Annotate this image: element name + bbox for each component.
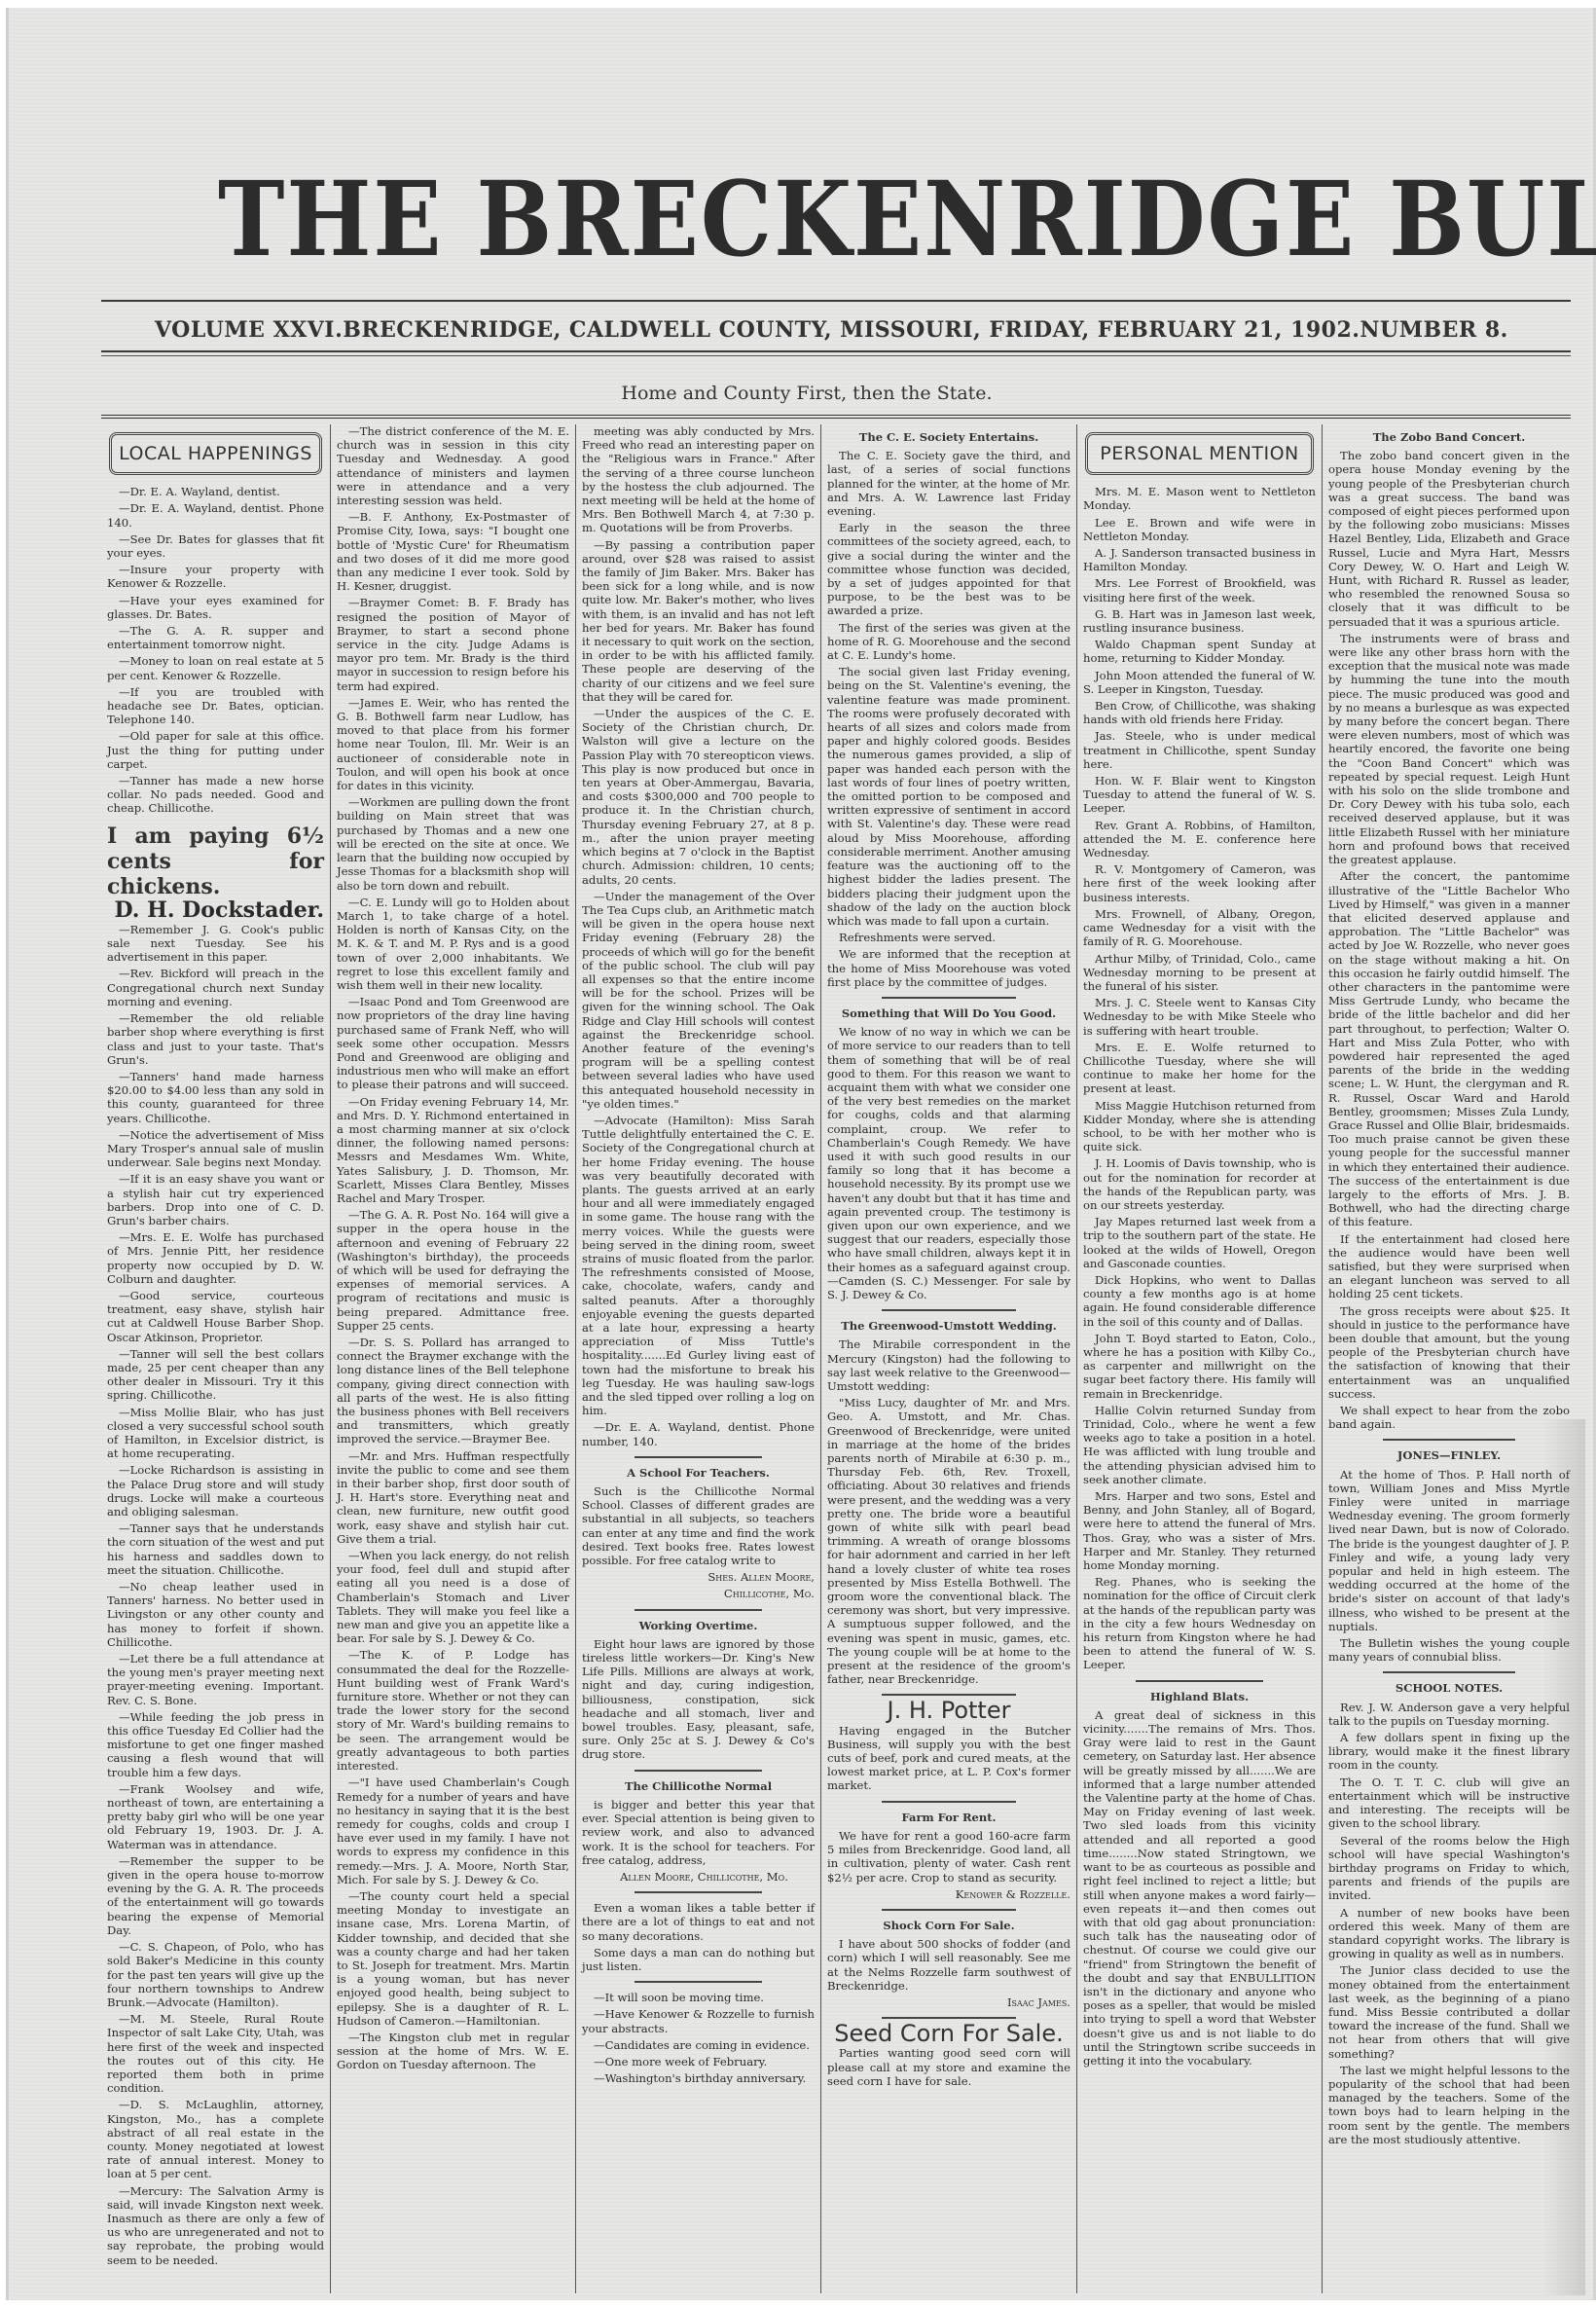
masthead-title: THE BRECKENRIDGE BULLETIN. xyxy=(218,159,1415,279)
place-date: BRECKENRIDGE, CALDWELL COUNTY, MISSOURI,… xyxy=(343,317,1360,343)
potter-ad-body: Having engaged in the Butcher Business, … xyxy=(827,1724,1070,1793)
divider xyxy=(635,1891,762,1893)
section-heading: The Greenwood-Umstott Wedding. xyxy=(827,1319,1070,1333)
news-item: —Dr. S. S. Pollard has arranged to conne… xyxy=(337,1336,569,1446)
jones-heading: JONES—FINLEY. xyxy=(1328,1448,1570,1462)
columns-grid: LOCAL HAPPENINGS —Dr. E. A. Wayland, den… xyxy=(101,424,1576,2293)
article-paragraph: The gross receipts were about $25. It sh… xyxy=(1328,1304,1570,1401)
divider xyxy=(1383,1439,1515,1441)
personal-item: R. V. Montgomery of Cameron, was here fi… xyxy=(1083,862,1316,904)
news-item: —When you lack energy, do not relish you… xyxy=(337,1549,569,1645)
article-paragraph: After the concert, the pantomime illustr… xyxy=(1328,869,1570,1228)
news-item: —Have Kenower & Rozzelle to furnish your… xyxy=(582,2007,815,2034)
article-paragraph: The social given last Friday evening, be… xyxy=(827,665,1070,928)
local-item: —M. M. Steele, Rural Route Inspector of … xyxy=(107,2012,324,2095)
personal-item: Mrs. E. E. Wolfe returned to Chillicothe… xyxy=(1083,1041,1316,1096)
overtime-ad-heading: Working Overtime. xyxy=(582,1619,815,1632)
seed-ad-heading: Seed Corn For Sale. xyxy=(827,2027,1070,2040)
news-item: —Braymer Comet: B. F. Brady has resigned… xyxy=(337,596,569,692)
local-happenings-heading: LOCAL HAPPENINGS xyxy=(109,432,322,475)
news-item: —Under the auspices of the C. E. Society… xyxy=(582,707,815,887)
local-item: —Remember the supper to be given in the … xyxy=(107,1854,324,1937)
news-item: —B. F. Anthony, Ex-Postmaster of Promise… xyxy=(337,510,569,593)
divider xyxy=(882,2017,1016,2019)
highland-body: A great deal of sickness in this vicinit… xyxy=(1083,1708,1316,2068)
zobo-heading: The Zobo Band Concert. xyxy=(1328,430,1570,444)
local-item: —Tanner says that he understands the cor… xyxy=(107,1521,324,1577)
article-paragraph: The Mirabile correspondent in the Mercur… xyxy=(827,1337,1070,1393)
column-3: meeting was ably conducted by Mrs. Freed… xyxy=(576,424,821,2293)
personal-item: Jas. Steele, who is under medical treatm… xyxy=(1083,729,1316,771)
local-item: —Tanners' hand made harness $20.00 to $4… xyxy=(107,1070,324,1125)
column-5: PERSONAL MENTION Mrs. M. E. Mason went t… xyxy=(1077,424,1323,2293)
page-stain xyxy=(1542,1419,1585,2295)
local-item: —Remember the old reliable barber shop w… xyxy=(107,1011,324,1067)
column-4: The C. E. Society Entertains.The C. E. S… xyxy=(821,424,1077,2293)
column-3-items: meeting was ably conducted by Mrs. Freed… xyxy=(582,424,815,1448)
news-item: —The county court held a special meeting… xyxy=(337,1889,569,2028)
column-2: —The district conference of the M. E. ch… xyxy=(331,424,576,2293)
local-item: —Notice the advertisement of Miss Mary T… xyxy=(107,1128,324,1170)
article-paragraph: The first of the series was given at the… xyxy=(827,621,1070,663)
news-item: —It will soon be moving time. xyxy=(582,1991,815,2004)
article-paragraph: The Bulletin wishes the young couple man… xyxy=(1328,1636,1570,1664)
filler-2: Some days a man can do nothing but just … xyxy=(582,1946,815,1973)
article-paragraph: Several of the rooms below the High scho… xyxy=(1328,1834,1570,1903)
news-item: —Washington's birthday anniversary. xyxy=(582,2071,815,2085)
potter-ad-name: J. H. Potter xyxy=(827,1703,1070,1717)
personal-items: Mrs. M. E. Mason went to Nettleton Monda… xyxy=(1083,485,1316,1671)
personal-item: Reg. Phanes, who is seeking the nominati… xyxy=(1083,1575,1316,1671)
personal-item: Dick Hopkins, who went to Dallas county … xyxy=(1083,1273,1316,1329)
article-paragraph: The zobo band concert given in the opera… xyxy=(1328,449,1570,629)
local-item: —Mercury: The Salvation Army is said, wi… xyxy=(107,2184,324,2267)
shock-ad-sig: Isaac James. xyxy=(827,1995,1070,2009)
farm-ad-body: We have for rent a good 160-acre farm 5 … xyxy=(827,1829,1070,1885)
news-item: —C. E. Lundy will go to Holden about Mar… xyxy=(337,896,569,992)
local-item: —Tanner has made a new horse collar. No … xyxy=(107,774,324,816)
divider xyxy=(882,997,1016,999)
zobo-article: The zobo band concert given in the opera… xyxy=(1328,449,1570,1431)
article-paragraph: The Junior class decided to use the mone… xyxy=(1328,1963,1570,2060)
divider xyxy=(882,1909,1016,1911)
normal-ad-sig: Allen Moore, Chillicothe, Mo. xyxy=(582,1870,815,1884)
personal-item: Mrs. Harper and two sons, Estel and Benn… xyxy=(1083,1489,1316,1572)
chicken-ad-signature: D. H. Dockstader. xyxy=(107,903,324,917)
personal-item: Ben Crow, of Chillicothe, was shaking ha… xyxy=(1083,699,1316,726)
personal-item: Arthur Milby, of Trinidad, Colo., came W… xyxy=(1083,952,1316,994)
personal-item: Lee E. Brown and wife were in Nettleton … xyxy=(1083,516,1316,543)
article-paragraph: "Miss Lucy, daughter of Mr. and Mrs. Geo… xyxy=(827,1396,1070,1686)
school-ad-body: Such is the Chillicothe Normal School. C… xyxy=(582,1484,815,1567)
overtime-ad-body: Eight hour laws are ignored by those tir… xyxy=(582,1637,815,1762)
news-item: —Under the management of the Over The Te… xyxy=(582,890,815,1111)
normal-ad-heading: The Chillicothe Normal xyxy=(582,1779,815,1793)
personal-item: Mrs. Frownell, of Albany, Oregon, came W… xyxy=(1083,907,1316,949)
section-heading: The C. E. Society Entertains. xyxy=(827,430,1070,444)
filler-1: Even a woman likes a table better if the… xyxy=(582,1901,815,1943)
article-paragraph: The C. E. Society gave the third, and la… xyxy=(827,449,1070,518)
school-ad-heading: A School For Teachers. xyxy=(582,1466,815,1480)
news-item: —The G. A. R. Post No. 164 will give a s… xyxy=(337,1208,569,1333)
divider xyxy=(635,1981,762,1983)
news-item: —Candidates are coming in evidence. xyxy=(582,2038,815,2052)
personal-item: Mrs. M. E. Mason went to Nettleton Monda… xyxy=(1083,485,1316,512)
volume-label: VOLUME XXVI. xyxy=(155,317,343,343)
local-item: —Let there be a full attendance at the y… xyxy=(107,1652,324,1707)
personal-mention-heading: PERSONAL MENTION xyxy=(1085,432,1314,475)
farm-ad-sig: Kenower & Rozzelle. xyxy=(827,1887,1070,1901)
school-ad-sig2: Chillicothe, Mo. xyxy=(582,1587,815,1600)
local-item: —Rev. Bickford will preach in the Congre… xyxy=(107,967,324,1008)
dateline-rule xyxy=(101,350,1571,352)
divider xyxy=(1136,1680,1263,1682)
jones-article: At the home of Thos. P. Hall north of to… xyxy=(1328,1468,1570,1665)
news-item: —Mr. and Mrs. Huffman respectfully invit… xyxy=(337,1449,569,1546)
personal-item: Waldo Chapman spent Sunday at home, retu… xyxy=(1083,638,1316,665)
section-heading: Something that Will Do You Good. xyxy=(827,1007,1070,1020)
article-paragraph: Rev. J. W. Anderson gave a very helpful … xyxy=(1328,1701,1570,1728)
local-item: —Good service, courteous treatment, easy… xyxy=(107,1289,324,1344)
local-items: —Dr. E. A. Wayland, dentist.—Dr. E. A. W… xyxy=(107,485,324,815)
article-paragraph: If the entertainment had closed here the… xyxy=(1328,1232,1570,1301)
news-item: —"I have used Chamberlain's Cough Remedy… xyxy=(337,1775,569,1886)
local-item: —Dr. E. A. Wayland, dentist. Phone 140. xyxy=(107,501,324,529)
news-item: —Isaac Pond and Tom Greenwood are now pr… xyxy=(337,995,569,1091)
news-item: —Dr. E. A. Wayland, dentist. Phone numbe… xyxy=(582,1420,815,1447)
closing-items: —It will soon be moving time.—Have Kenow… xyxy=(582,1991,815,2085)
divider xyxy=(635,1456,762,1458)
seed-ad-body: Parties wanting good seed corn will plea… xyxy=(827,2046,1070,2088)
newspaper-page: THE BRECKENRIDGE BULLETIN. VOLUME XXVI. … xyxy=(6,8,1596,2300)
article-paragraph: The instruments were of brass and were l… xyxy=(1328,632,1570,866)
personal-item: Jay Mapes returned last week from a trip… xyxy=(1083,1215,1316,1270)
farm-ad-heading: Farm For Rent. xyxy=(827,1811,1070,1824)
news-item: meeting was ably conducted by Mrs. Freed… xyxy=(582,424,815,535)
local-item: —While feeding the job press in this off… xyxy=(107,1710,324,1779)
dateline-rule-thin xyxy=(101,355,1571,356)
article-paragraph: Refreshments were served. xyxy=(827,931,1070,944)
local-item: —Frank Woolsey and wife, northeast of to… xyxy=(107,1782,324,1851)
personal-item: A. J. Sanderson transacted business in H… xyxy=(1083,546,1316,573)
news-item: —On Friday evening February 14, Mr. and … xyxy=(337,1095,569,1206)
personal-item: Mrs. J. C. Steele went to Kansas City We… xyxy=(1083,996,1316,1038)
personal-item: Mrs. Lee Forrest of Brookfield, was visi… xyxy=(1083,576,1316,604)
personal-item: Hon. W. F. Blair went to Kingston Tuesda… xyxy=(1083,774,1316,816)
chicken-ad: I am paying 6½ cents for chickens. xyxy=(107,824,324,899)
news-item: —Workmen are pulling down the front buil… xyxy=(337,795,569,892)
motto: Home and County First, then the State. xyxy=(9,383,1596,404)
column-2-items: —The district conference of the M. E. ch… xyxy=(337,424,569,2072)
news-item: —Advocate (Hamilton): Miss Sarah Tuttle … xyxy=(582,1114,815,1417)
local-item: —Tanner will sell the best collars made,… xyxy=(107,1347,324,1403)
normal-ad-body: is bigger and better this year that ever… xyxy=(582,1798,815,1867)
article-paragraph: Early in the season the three committees… xyxy=(827,521,1070,617)
article-paragraph: We shall expect to hear from the zobo ba… xyxy=(1328,1404,1570,1431)
highland-heading: Highland Blats. xyxy=(1083,1690,1316,1703)
shock-ad-body: I have about 500 shocks of fodder (and c… xyxy=(827,1937,1070,1993)
local-item: —Have your eyes examined for glasses. Dr… xyxy=(107,594,324,621)
local-item: —Miss Mollie Blair, who has just closed … xyxy=(107,1406,324,1461)
local-item: —D. S. McLaughlin, attorney, Kingston, M… xyxy=(107,2098,324,2180)
personal-item: Hallie Colvin returned Sunday from Trini… xyxy=(1083,1404,1316,1486)
personal-item: John T. Boyd started to Eaton, Colo., wh… xyxy=(1083,1332,1316,1401)
personal-item: John Moon attended the funeral of W. S. … xyxy=(1083,669,1316,696)
local-item: —Insure your property with Kenower & Roz… xyxy=(107,563,324,590)
shock-ad-heading: Shock Corn For Sale. xyxy=(827,1919,1070,1932)
divider xyxy=(882,1309,1016,1311)
column-6: The Zobo Band Concert. The zobo band con… xyxy=(1323,424,1576,2293)
column-4-sections: The C. E. Society Entertains.The C. E. S… xyxy=(827,430,1070,1686)
masthead-rule-top xyxy=(101,300,1571,302)
dateline: VOLUME XXVI. BRECKENRIDGE, CALDWELL COUN… xyxy=(155,317,1469,343)
article-paragraph: A number of new books have been ordered … xyxy=(1328,1906,1570,1961)
local-item: —See Dr. Bates for glasses that fit your… xyxy=(107,532,324,560)
column-1: LOCAL HAPPENINGS —Dr. E. A. Wayland, den… xyxy=(101,424,331,2293)
divider xyxy=(635,1770,762,1772)
local-item: —The G. A. R. supper and entertainment t… xyxy=(107,624,324,651)
local-item: —Mrs. E. E. Wolfe has purchased of Mrs. … xyxy=(107,1230,324,1286)
news-item: —The K. of P. Lodge has consummated the … xyxy=(337,1648,569,1773)
personal-item: G. B. Hart was in Jameson last week, rus… xyxy=(1083,607,1316,635)
article-paragraph: We know of no way in which we can be of … xyxy=(827,1025,1070,1301)
motto-rule xyxy=(101,415,1571,419)
personal-item: Rev. Grant A. Robbins, of Hamilton, atte… xyxy=(1083,819,1316,860)
article-paragraph: A few dollars spent in fixing up the lib… xyxy=(1328,1731,1570,1773)
local-item: —If you are troubled with headache see D… xyxy=(107,685,324,727)
divider xyxy=(1383,1671,1515,1673)
local-item: —Money to loan on real estate at 5 per c… xyxy=(107,654,324,681)
divider xyxy=(635,1609,762,1611)
local-item: —Dr. E. A. Wayland, dentist. xyxy=(107,485,324,498)
school-ad-sig1: Shes. Allen Moore, xyxy=(582,1570,815,1584)
local-item: —Locke Richardson is assisting in the Pa… xyxy=(107,1463,324,1519)
local-item: —No cheap leather used in Tanners' harne… xyxy=(107,1580,324,1649)
personal-item: Miss Maggie Hutchison returned from Kidd… xyxy=(1083,1099,1316,1154)
divider xyxy=(882,1694,1016,1696)
news-item: —The district conference of the M. E. ch… xyxy=(337,424,569,507)
local-item: —Remember J. G. Cook's public sale next … xyxy=(107,923,324,965)
article-paragraph: At the home of Thos. P. Hall north of to… xyxy=(1328,1468,1570,1633)
issue-number: NUMBER 8. xyxy=(1360,317,1507,343)
news-item: —James E. Weir, who has rented the G. B.… xyxy=(337,696,569,792)
local-item: —C. S. Chapeon, of Polo, who has sold Ba… xyxy=(107,1940,324,2009)
article-paragraph: We are informed that the reception at th… xyxy=(827,947,1070,989)
article-paragraph: The last we might helpful lessons to the… xyxy=(1328,2064,1570,2146)
news-item: —The Kingston club met in regular sessio… xyxy=(337,2031,569,2072)
school-notes: Rev. J. W. Anderson gave a very helpful … xyxy=(1328,1701,1570,2146)
news-item: —One more week of February. xyxy=(582,2055,815,2068)
personal-item: J. H. Loomis of Davis township, who is o… xyxy=(1083,1156,1316,1212)
school-notes-heading: SCHOOL NOTES. xyxy=(1328,1681,1570,1695)
local-item: —Old paper for sale at this office. Just… xyxy=(107,729,324,771)
news-item: —By passing a contribution paper around,… xyxy=(582,538,815,704)
divider xyxy=(882,1801,1016,1803)
article-paragraph: The O. T. T. C. club will give an entert… xyxy=(1328,1775,1570,1831)
local-items-continued: —Remember J. G. Cook's public sale next … xyxy=(107,923,324,2267)
local-item: —If it is an easy shave you want or a st… xyxy=(107,1172,324,1227)
